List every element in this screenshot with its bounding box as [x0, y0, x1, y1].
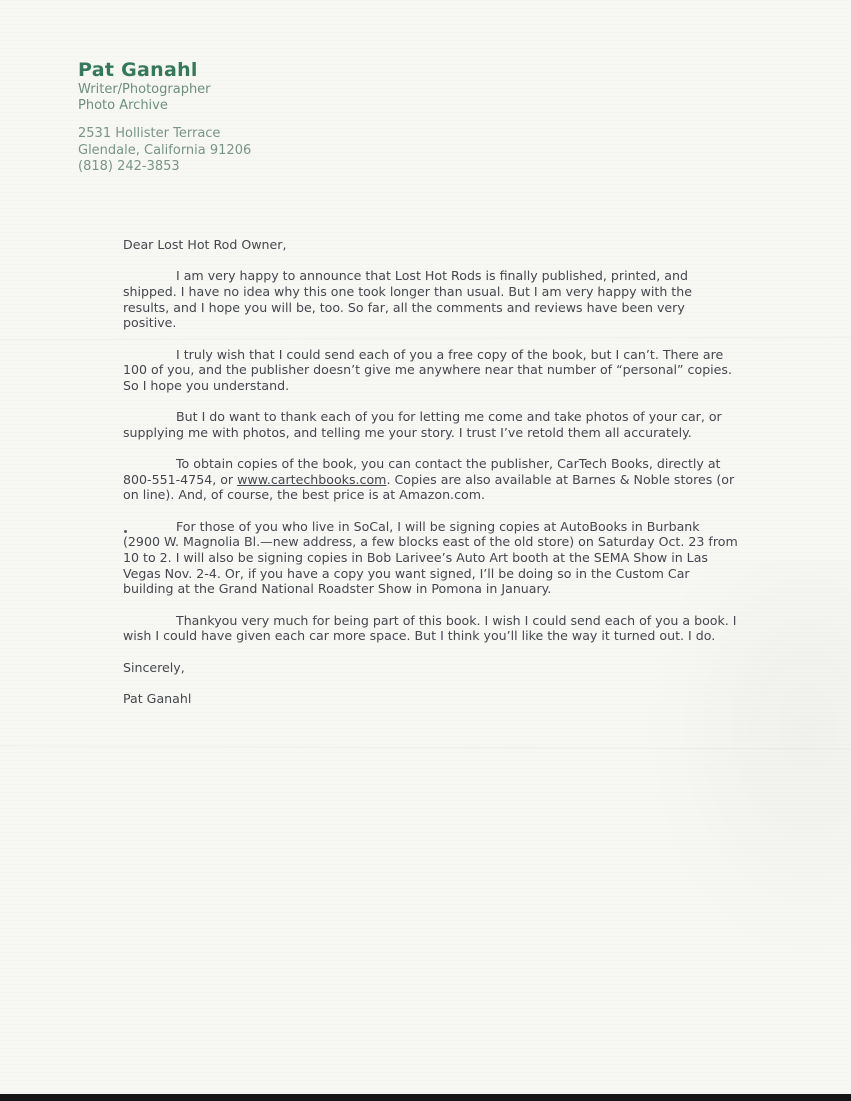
- paragraph-5: For those of you who live in SoCal, I wi…: [123, 519, 740, 598]
- letter-body: Dear Lost Hot Rod Owner, I am very happy…: [123, 237, 740, 722]
- paper-fold-crease-bottom: [0, 746, 851, 751]
- publisher-website-text: www.cartechbooks.com: [237, 472, 386, 487]
- letterhead-name: Pat Ganahl: [78, 58, 251, 82]
- paragraph-1: I am very happy to announce that Lost Ho…: [123, 268, 740, 331]
- closing: Sincerely,: [123, 660, 740, 676]
- letterhead-title-line1: Writer/Photographer: [78, 82, 251, 98]
- paragraph-3: But I do want to thank each of you for l…: [123, 409, 740, 440]
- stray-dot-artifact: [124, 530, 127, 533]
- letterhead-address-line1: 2531 Hollister Terrace: [78, 126, 251, 143]
- signature-name: Pat Ganahl: [123, 691, 740, 707]
- scan-edge-shadow: [0, 1094, 851, 1101]
- letterhead-phone: (818) 242-3853: [78, 159, 251, 176]
- scanned-letter-page: Pat Ganahl Writer/Photographer Photo Arc…: [0, 0, 851, 1101]
- salutation: Dear Lost Hot Rod Owner,: [123, 237, 740, 253]
- letterhead: Pat Ganahl Writer/Photographer Photo Arc…: [78, 58, 251, 176]
- letterhead-address-line2: Glendale, California 91206: [78, 143, 251, 160]
- paragraph-4: To obtain copies of the book, you can co…: [123, 456, 740, 503]
- letterhead-title-line2: Photo Archive: [78, 98, 251, 114]
- paragraph-6: Thankyou very much for being part of thi…: [123, 613, 740, 644]
- letterhead-address-block: 2531 Hollister Terrace Glendale, Califor…: [78, 126, 251, 176]
- paragraph-2: I truly wish that I could send each of y…: [123, 347, 740, 394]
